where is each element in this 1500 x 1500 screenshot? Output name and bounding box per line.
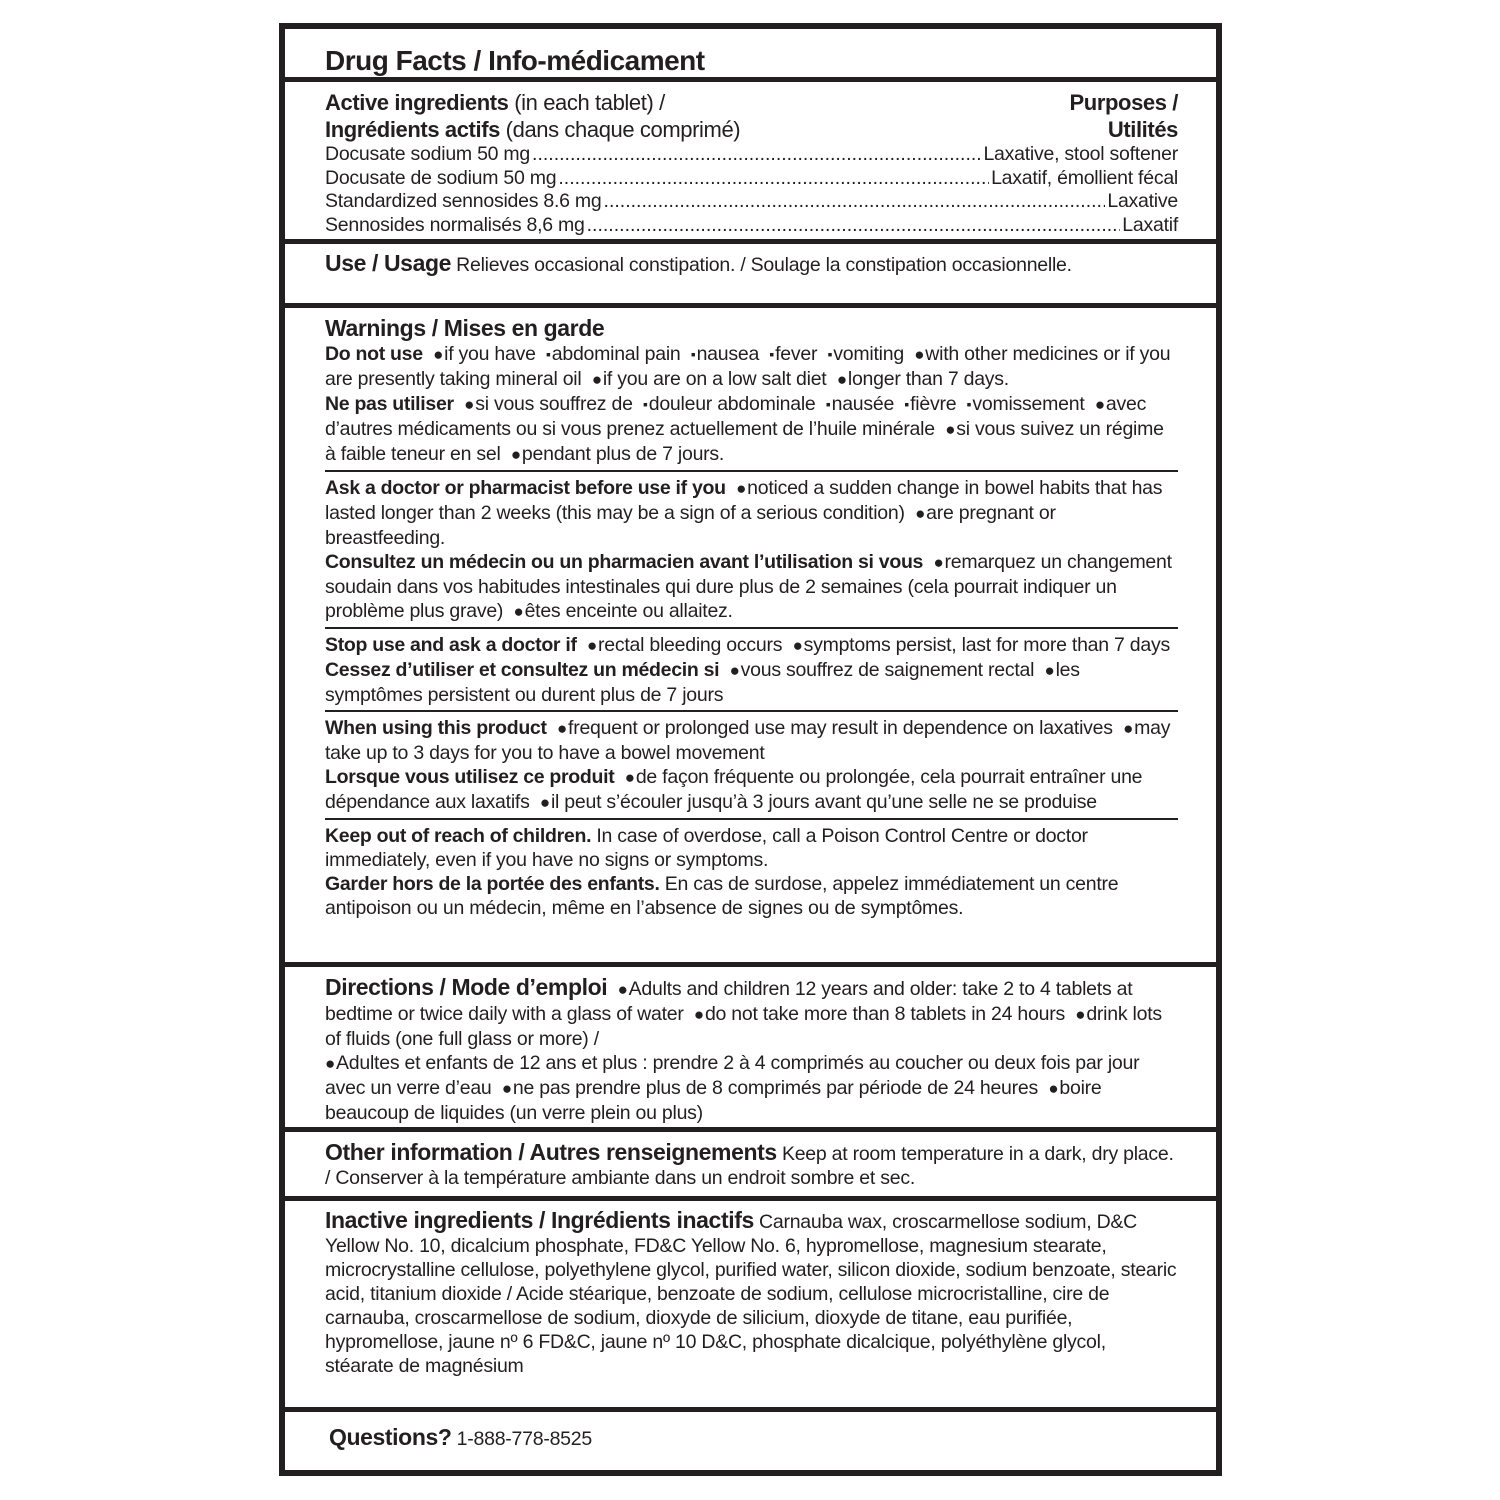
active-ingredient-row: Sennosides normalisés 8,6 mgLaxatif xyxy=(325,214,1178,238)
warning-item: pendant plus de 7 jours. xyxy=(522,443,724,465)
round-bullet-icon: ● xyxy=(511,445,521,464)
ingredient-name: Docusate sodium 50 mg xyxy=(325,143,530,167)
active-ingredients-list: Docusate sodium 50 mgLaxative, stool sof… xyxy=(325,143,1178,237)
ingredient-purpose: Laxative xyxy=(1107,190,1178,214)
warning-item: vomiting xyxy=(833,343,904,365)
ingredient-name: Standardized sennosides 8.6 mg xyxy=(325,190,602,214)
directions-heading: Directions / Mode d’emploi xyxy=(325,974,607,1000)
square-bullet-icon: ▪ xyxy=(769,346,774,362)
lorsque-block: Lorsque vous utilisez ce produit ●de faç… xyxy=(325,765,1178,815)
warning-label: When using this product xyxy=(325,717,547,739)
round-bullet-icon: ● xyxy=(914,345,924,364)
square-bullet-icon: ▪ xyxy=(828,346,833,362)
warning-item: longer than 7 days. xyxy=(848,368,1009,390)
active-heading-en-note: (in each tablet) / xyxy=(509,90,665,115)
round-bullet-icon: ● xyxy=(837,370,847,389)
warning-label: Ne pas utiliser xyxy=(325,393,454,415)
ingredient-name: Docusate de sodium 50 mg xyxy=(325,167,556,191)
round-bullet-icon: ● xyxy=(915,504,925,523)
warning-item: êtes enceinte ou allaitez. xyxy=(525,600,733,622)
ingredient-purpose: Laxative, stool softener xyxy=(983,143,1178,167)
square-bullet-icon: ▪ xyxy=(967,396,972,412)
warning-label: Cessez d’utiliser et consultez un médeci… xyxy=(325,659,719,681)
warning-item: if you have xyxy=(444,343,536,365)
round-bullet-icon: ● xyxy=(514,602,524,621)
cessez-block: Cessez d’utiliser et consultez un médeci… xyxy=(325,658,1178,707)
round-bullet-icon: ● xyxy=(502,1079,512,1098)
use-heading: Use / Usage xyxy=(325,250,451,276)
divider xyxy=(325,710,1178,712)
active-heading-en: Active ingredients xyxy=(325,90,509,115)
warning-item: vous souffrez de saignement rectal xyxy=(741,659,1035,681)
round-bullet-icon: ● xyxy=(433,345,443,364)
use-panel: Use / Usage Relieves occasional constipa… xyxy=(285,244,1216,303)
questions-phone: 1-888-778-8525 xyxy=(452,1428,592,1450)
ne-pas-utiliser-block: Ne pas utiliser ●si vous souffrez de ▪do… xyxy=(325,392,1178,467)
keep-out-block: Keep out of reach of children. In case o… xyxy=(325,824,1178,872)
round-bullet-icon: ● xyxy=(540,793,550,812)
garder-block: Garder hors de la portée des enfants. En… xyxy=(325,872,1178,920)
directions-text: Directions / Mode d’emploi ●Adults and c… xyxy=(325,975,1178,1125)
drug-facts-label: Drug Facts / Info-médicament Active ingr… xyxy=(279,23,1222,1476)
page-title: Drug Facts / Info-médicament xyxy=(325,46,1178,76)
round-bullet-icon: ● xyxy=(933,553,943,572)
square-bullet-icon: ▪ xyxy=(643,396,648,412)
warnings-panel: Warnings / Mises en garde Do not use ●if… xyxy=(285,308,1216,962)
warning-item: if you are on a low salt diet xyxy=(603,368,827,390)
active-ingredient-row: Docusate de sodium 50 mgLaxatif, émollie… xyxy=(325,167,1178,191)
purposes-heading-en: Purposes / xyxy=(1070,89,1178,116)
warning-item: nausea xyxy=(697,343,759,365)
square-bullet-icon: ▪ xyxy=(904,396,909,412)
square-bullet-icon: ▪ xyxy=(546,346,551,362)
warning-item: abdominal pain xyxy=(552,343,681,365)
active-heading-fr-note: (dans chaque comprimé) xyxy=(500,117,740,142)
round-bullet-icon: ● xyxy=(1045,661,1055,680)
title-panel: Drug Facts / Info-médicament xyxy=(285,29,1216,77)
leader-dots xyxy=(587,214,1121,238)
round-bullet-icon: ● xyxy=(625,768,635,787)
consultez-block: Consultez un médecin ou un pharmacien av… xyxy=(325,550,1178,624)
round-bullet-icon: ● xyxy=(945,420,955,439)
use-text: Relieves occasional constipation. / Soul… xyxy=(451,254,1072,276)
warning-item: si vous souffrez de xyxy=(475,393,632,415)
warning-item: symptoms persist, last for more than 7 d… xyxy=(804,634,1170,656)
other-information-panel: Other information / Autres renseignement… xyxy=(285,1132,1216,1196)
warning-item: fever xyxy=(775,343,817,365)
direction-item-en: do not take more than 8 tablets in 24 ho… xyxy=(705,1003,1065,1025)
warning-item: rectal bleeding occurs xyxy=(598,634,782,656)
active-ingredient-row: Standardized sennosides 8.6 mgLaxative xyxy=(325,190,1178,214)
when-using-block: When using this product ●frequent or pro… xyxy=(325,716,1178,765)
do-not-use-block: Do not use ●if you have ▪abdominal pain … xyxy=(325,342,1178,392)
warning-label: Ask a doctor or pharmacist before use if… xyxy=(325,477,726,499)
ingredient-name: Sennosides normalisés 8,6 mg xyxy=(325,214,585,238)
round-bullet-icon: ● xyxy=(592,370,602,389)
inactive-ingredients-text: Carnauba wax, croscarmellose sodium, D&C… xyxy=(325,1211,1176,1377)
active-heading-fr: Ingrédients actifs xyxy=(325,117,500,142)
directions-panel: Directions / Mode d’emploi ●Adults and c… xyxy=(285,967,1216,1127)
round-bullet-icon: ● xyxy=(325,1054,335,1073)
warning-item: il peut s’écouler jusqu’à 3 jours avant … xyxy=(551,791,1097,813)
warnings-heading: Warnings / Mises en garde xyxy=(325,315,1178,342)
active-ingredients-header: Active ingredients (in each tablet) / In… xyxy=(325,89,1178,143)
garder-label: Garder hors de la portée des enfants. xyxy=(325,873,660,895)
other-information-heading: Other information / Autres renseignement… xyxy=(325,1139,777,1165)
round-bullet-icon: ● xyxy=(1095,395,1105,414)
questions-panel: Questions? 1-888-778-8525 xyxy=(285,1412,1216,1470)
warning-item: douleur abdominale xyxy=(649,393,816,415)
leader-dots xyxy=(532,143,981,167)
warning-label: Do not use xyxy=(325,343,423,365)
round-bullet-icon: ● xyxy=(464,395,474,414)
direction-item-fr: ne pas prendre plus de 8 comprimés par p… xyxy=(513,1077,1038,1099)
warning-item: vomissement xyxy=(972,393,1084,415)
square-bullet-icon: ▪ xyxy=(691,346,696,362)
round-bullet-icon: ● xyxy=(557,719,567,738)
inactive-ingredients-heading: Inactive ingredients / Ingrédients inact… xyxy=(325,1207,754,1233)
warning-item: frequent or prolonged use may result in … xyxy=(568,717,1113,739)
square-bullet-icon: ▪ xyxy=(826,396,831,412)
warning-label: Stop use and ask a doctor if xyxy=(325,634,577,656)
leader-dots xyxy=(604,190,1106,214)
stop-use-block: Stop use and ask a doctor if ●rectal ble… xyxy=(325,633,1178,658)
round-bullet-icon: ● xyxy=(1123,719,1133,738)
round-bullet-icon: ● xyxy=(1048,1079,1058,1098)
warning-label: Lorsque vous utilisez ce produit xyxy=(325,766,614,788)
round-bullet-icon: ● xyxy=(736,479,746,498)
warning-label: Consultez un médecin ou un pharmacien av… xyxy=(325,551,923,573)
divider xyxy=(325,818,1178,820)
round-bullet-icon: ● xyxy=(1075,1005,1085,1024)
leader-dots xyxy=(558,167,989,191)
warning-item: fièvre xyxy=(910,393,956,415)
inactive-ingredients-panel: Inactive ingredients / Ingrédients inact… xyxy=(285,1201,1216,1407)
purposes-heading-fr: Utilités xyxy=(1070,116,1178,143)
active-ingredient-row: Docusate sodium 50 mgLaxative, stool sof… xyxy=(325,143,1178,167)
ingredient-purpose: Laxatif xyxy=(1122,214,1178,238)
active-ingredients-heading: Active ingredients (in each tablet) / In… xyxy=(325,89,740,143)
warning-item: nausée xyxy=(832,393,894,415)
round-bullet-icon: ● xyxy=(587,636,597,655)
round-bullet-icon: ● xyxy=(618,980,628,999)
divider xyxy=(325,470,1178,472)
questions-label: Questions? xyxy=(329,1424,452,1450)
round-bullet-icon: ● xyxy=(694,1005,704,1024)
purposes-heading: Purposes / Utilités xyxy=(1070,89,1178,143)
ask-doctor-block: Ask a doctor or pharmacist before use if… xyxy=(325,476,1178,550)
keep-out-label: Keep out of reach of children. xyxy=(325,825,591,847)
ingredient-purpose: Laxatif, émollient fécal xyxy=(991,167,1178,191)
divider xyxy=(325,627,1178,629)
active-ingredients-panel: Active ingredients (in each tablet) / In… xyxy=(285,82,1216,239)
round-bullet-icon: ● xyxy=(730,661,740,680)
round-bullet-icon: ● xyxy=(793,636,803,655)
